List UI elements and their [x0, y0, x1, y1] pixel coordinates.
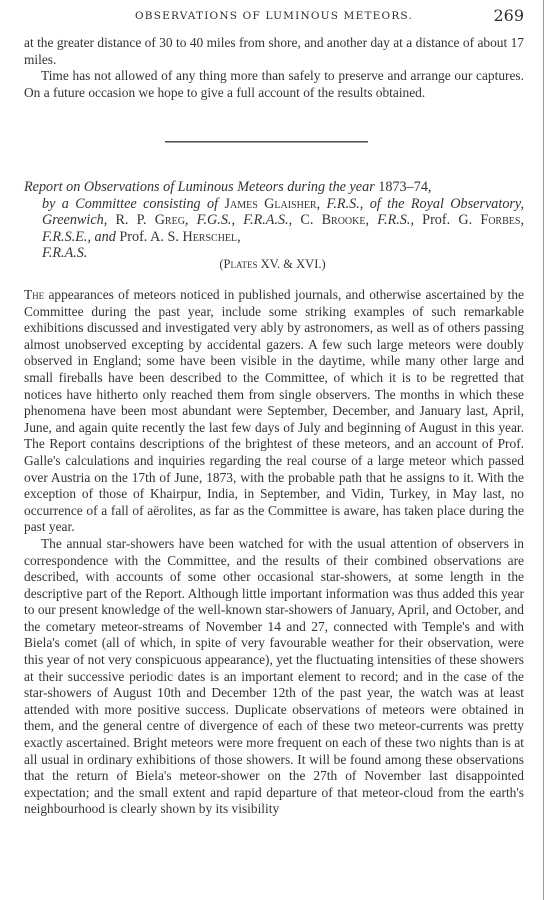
title-part2: by a Committee consisting of [42, 196, 224, 212]
plates-numbers: XV. & XVI.) [257, 257, 325, 271]
body-paragraph-1: The appearances of meteors noticed in pu… [24, 287, 524, 536]
plates-label: Plates [224, 257, 258, 271]
page-edge-line [543, 0, 544, 900]
previous-section-text: at the greater distance of 30 to 40 mile… [24, 35, 524, 101]
title-continuation: by a Committee consisting of James Glais… [24, 196, 524, 262]
report-body: The appearances of meteors noticed in pu… [24, 287, 524, 818]
member-herschel-suffix: , [237, 229, 241, 245]
member-brooke: C. Brooke, [292, 212, 369, 228]
plates-note: (Plates XV. & XVI.) [0, 257, 545, 272]
previous-paragraph-1: at the greater distance of 30 to 40 mile… [24, 35, 524, 68]
member-greg-quals: F.G.S., F.R.A.S., [188, 212, 292, 228]
running-head-title: OBSERVATIONS OF LUMINOUS METEORS. [24, 10, 524, 22]
body-paragraph-2: The annual star-showers have been watche… [24, 536, 524, 818]
body-paragraph-1-lead: The [24, 287, 44, 302]
title-year: 1873–74, [378, 179, 431, 195]
page-number: 269 [493, 6, 524, 25]
book-page: OBSERVATIONS OF LUMINOUS METEORS. 269 at… [0, 0, 545, 900]
previous-paragraph-2: Time has not allowed of any thing more t… [24, 68, 524, 101]
member-forbes-prefix: Prof. G. [414, 212, 480, 228]
member-greg: R. P. Greg, [107, 212, 188, 228]
report-title: Report on Observations of Luminous Meteo… [24, 179, 524, 262]
member-glaisher: James Glaisher [224, 196, 316, 212]
member-herschel-prefix: Prof. A. S. [116, 229, 183, 245]
running-head: OBSERVATIONS OF LUMINOUS METEORS. 269 [24, 6, 524, 24]
body-paragraph-1-text: appearances of meteors noticed in publis… [24, 287, 524, 534]
section-divider-rule [165, 141, 368, 143]
member-forbes: Forbes [480, 212, 520, 228]
title-part1: Report on Observations of Luminous Meteo… [24, 179, 378, 195]
member-herschel: Herschel [182, 229, 237, 245]
member-brooke-quals: F.R.S., [369, 212, 414, 228]
